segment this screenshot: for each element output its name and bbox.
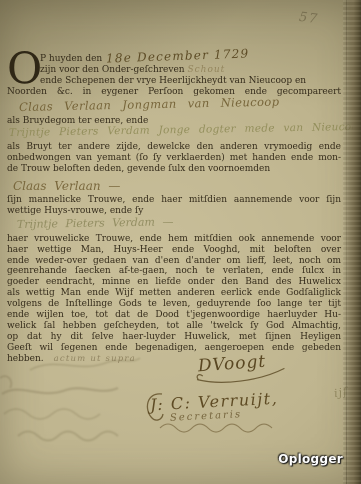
- print-line: als wettig Man ende Wijf metten anderen …: [7, 288, 341, 299]
- print-line: geenrehande ſaecken af-te-gaen, noch te …: [7, 266, 341, 277]
- print-line: haer wettige Man, Huys-Heer ende Vooghd,…: [7, 245, 341, 256]
- handwritten-groom-repeat: Claas Verlaan —: [13, 181, 341, 192]
- opening-print: P huyden den: [40, 54, 102, 64]
- signature-voogt: DVoogt: [197, 352, 266, 377]
- handwritten-bride-name: Trijntje Pieters Verdam Jonge dogter med…: [9, 123, 341, 140]
- print-fragment: zijn voor den Onder-geſchreven: [40, 65, 185, 75]
- print-line: ende weder-over gedaen van d'een d'ander…: [7, 256, 341, 267]
- print-line: haer vrouwelicke Trouwe, ende hem mitſdi…: [7, 234, 341, 245]
- drop-cap: O: [7, 52, 40, 85]
- print-line: op dat hy dit ſelve haer-luyder Huwelick…: [7, 332, 341, 343]
- handwritten-date: 18e December 1729: [106, 49, 250, 65]
- book-page-edge: [343, 0, 361, 484]
- watermark-label: Oplogger: [278, 452, 343, 466]
- print-line: als Bruyt ter andere zijde, dewelcke den…: [7, 142, 341, 153]
- print-line: Geeſt wil ſegenen ende begenadigen, aeng…: [7, 343, 341, 354]
- print-line: ſijn mannelicke Trouwe, ende haer mitſdi…: [7, 195, 341, 206]
- print-fragment: hebben.: [7, 354, 44, 364]
- print-line: zijn voor den Onder-geſchreven Schout: [7, 65, 341, 76]
- print-line: ende Schepenen der vrye Heerlijckheydt v…: [7, 76, 341, 87]
- print-line: volgens de Inſtellinge Gods te leven, ge…: [7, 299, 341, 310]
- print-line: ende wijlen toe, tot dat de Dood t'jegen…: [7, 310, 341, 321]
- deed-text-block: O P huyden den18e December 1729 zijn voo…: [7, 52, 341, 365]
- print-line: onbedwongen van yemant (ſo ſy verklaerde…: [7, 153, 341, 164]
- signature-verruijt-title: Secretaris: [170, 409, 243, 424]
- print-line-closing: hebben.actum ut supra: [7, 354, 341, 365]
- print-line: de Trouw beloften deden, gevende ſulx de…: [7, 164, 341, 175]
- handwritten-bride-repeat: Trijntje Pieters Verdam —: [17, 214, 341, 231]
- document-photo: 57 O P huyden den18e December 1729 zijn …: [0, 0, 361, 484]
- handwritten-schout: Schout: [187, 65, 225, 75]
- page-number: 57: [298, 10, 319, 27]
- print-line: goeder eendracht, minne en liefde onder …: [7, 277, 341, 288]
- handwritten-actum-note: actum ut supra: [54, 354, 136, 364]
- print-line: welick ſal hebben geſcheyden, tot alle '…: [7, 321, 341, 332]
- print-line-opening: P huyden den18e December 1729: [7, 52, 341, 65]
